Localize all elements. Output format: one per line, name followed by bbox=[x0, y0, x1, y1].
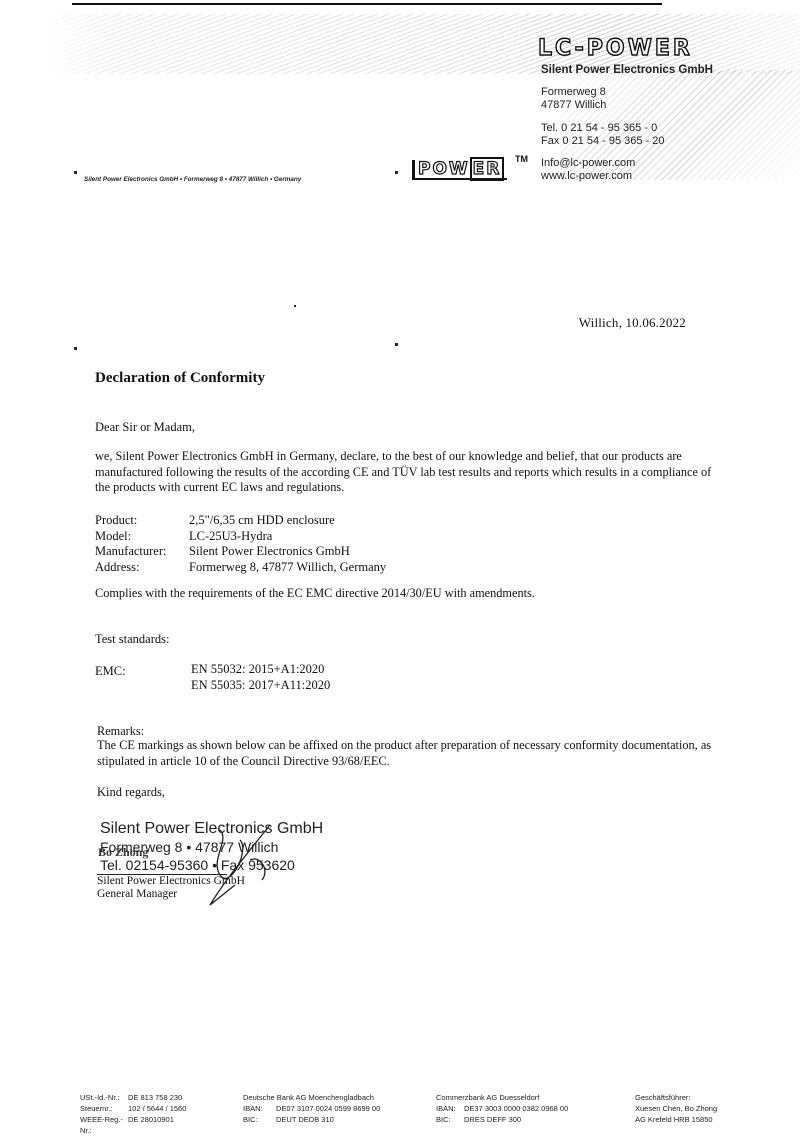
detail-value: Silent Power Electronics GmbH bbox=[189, 544, 350, 560]
footer-bank-1: Deutsche Bank AG Moenchengladbach IBAN:D… bbox=[243, 1092, 380, 1125]
detail-key: Address: bbox=[95, 560, 189, 576]
lc-power-logo: LC-POWER bbox=[538, 36, 693, 61]
footer-value: DEUT DEDB 310 bbox=[276, 1114, 334, 1125]
company-street: Formerweg 8 bbox=[541, 86, 606, 99]
footer-value: DE 28010901 bbox=[128, 1114, 174, 1136]
emc-standard: EN 55032: 2015+A1:2020 bbox=[191, 662, 330, 678]
scan-dot bbox=[74, 171, 77, 174]
bank-name: Deutsche Bank AG Moenchengladbach bbox=[243, 1092, 380, 1103]
footer-key: WEEE-Reg.-Nr.: bbox=[80, 1114, 128, 1136]
company-phone: Tel. 0 21 54 - 95 365 - 0 bbox=[541, 122, 657, 135]
detail-key: Manufacturer: bbox=[95, 544, 189, 560]
remarks-label: Remarks: bbox=[97, 724, 144, 739]
commercial-register: AG Krefeld HRB 15850 bbox=[635, 1114, 717, 1125]
footer-bank-2: Commerzbank AG Duesseldorf IBAN:DE37 300… bbox=[436, 1092, 568, 1125]
detail-row-product: Product: 2,5"/6,35 cm HDD enclosure bbox=[95, 513, 386, 529]
emc-standards: EN 55032: 2015+A1:2020 EN 55035: 2017+A1… bbox=[191, 662, 330, 693]
company-fax: Fax 0 21 54 - 95 365 - 20 bbox=[541, 135, 665, 148]
footer-value: DE 813 758 230 bbox=[128, 1092, 182, 1103]
footer-key: IBAN: bbox=[436, 1103, 464, 1114]
footer-value: 102 / 5644 / 1560 bbox=[128, 1103, 186, 1114]
footer-key: BIC: bbox=[243, 1114, 276, 1125]
signatory-name: Bo Zhong bbox=[98, 845, 148, 860]
company-website: www.lc-power.com bbox=[541, 170, 632, 183]
footer-key: BIC: bbox=[436, 1114, 464, 1125]
letter-date: Willich, 10.06.2022 bbox=[579, 315, 686, 331]
declaration-paragraph: we, Silent Power Electronics GmbH in Ger… bbox=[95, 449, 715, 496]
company-email: Info@lc-power.com bbox=[541, 157, 635, 170]
footer-row: BIC:DRES DEFF 300 bbox=[436, 1114, 568, 1125]
power-logo: POWER bbox=[412, 160, 507, 180]
compliance-statement: Complies with the requirements of the EC… bbox=[95, 586, 715, 602]
footer-row: Steuernr.:102 / 5644 / 1560 bbox=[80, 1103, 186, 1114]
footer-key: Steuernr.: bbox=[80, 1103, 128, 1114]
product-details: Product: 2,5"/6,35 cm HDD enclosure Mode… bbox=[95, 513, 386, 575]
sender-return-address: Silent Power Electronics GmbH • Formerwe… bbox=[84, 176, 301, 183]
bank-name: Commerzbank AG Duesseldorf bbox=[436, 1092, 568, 1103]
detail-row-address: Address: Formerweg 8, 47877 Willich, Ger… bbox=[95, 560, 386, 576]
detail-value: LC-25U3-Hydra bbox=[189, 529, 272, 545]
detail-row-manufacturer: Manufacturer: Silent Power Electronics G… bbox=[95, 544, 386, 560]
power-logo-boxed-text: ER bbox=[470, 157, 505, 181]
emc-standard: EN 55035: 2017+A11:2020 bbox=[191, 678, 330, 694]
footer-tax-info: USt.-Id.-Nr.:DE 813 758 230 Steuernr.:10… bbox=[80, 1092, 186, 1136]
scan-dot bbox=[395, 343, 398, 346]
footer-row: IBAN:DE07 3107 0024 0599 8699 00 bbox=[243, 1103, 380, 1114]
footer-row: IBAN:DE37 3003 0000 0382 0968 00 bbox=[436, 1103, 568, 1114]
company-city: 47877 Willich bbox=[541, 99, 606, 112]
footer-row: WEEE-Reg.-Nr.:DE 28010901 bbox=[80, 1114, 186, 1136]
management-label: Geschäftsführer: bbox=[635, 1092, 717, 1103]
footer-management: Geschäftsführer: Xuesen Chen, Bo Zhong A… bbox=[635, 1092, 717, 1125]
footer-row: BIC:DEUT DEDB 310 bbox=[243, 1114, 380, 1125]
footer-key: IBAN: bbox=[243, 1103, 276, 1114]
scan-dot bbox=[74, 347, 77, 350]
detail-key: Model: bbox=[95, 529, 189, 545]
management-names: Xuesen Chen, Bo Zhong bbox=[635, 1103, 717, 1114]
footer-value: DE07 3107 0024 0599 8699 00 bbox=[276, 1103, 380, 1114]
detail-value: 2,5"/6,35 cm HDD enclosure bbox=[189, 513, 335, 529]
remarks-text: The CE markings as shown below can be af… bbox=[97, 738, 717, 769]
detail-row-model: Model: LC-25U3-Hydra bbox=[95, 529, 386, 545]
company-name: Silent Power Electronics GmbH bbox=[541, 64, 713, 76]
footer-key: USt.-Id.-Nr.: bbox=[80, 1092, 128, 1103]
signatory-role: General Manager bbox=[97, 888, 177, 900]
footer-value: DRES DEFF 300 bbox=[464, 1114, 521, 1125]
test-standards-label: Test standards: bbox=[95, 632, 169, 647]
scan-dot bbox=[395, 171, 398, 174]
scan-dot bbox=[294, 305, 296, 307]
footer-value: DE37 3003 0000 0382 0968 00 bbox=[464, 1103, 568, 1114]
detail-key: Product: bbox=[95, 513, 189, 529]
trademark-mark: TM bbox=[515, 154, 528, 164]
power-logo-text: POW bbox=[418, 159, 470, 179]
closing: Kind regards, bbox=[97, 785, 165, 800]
detail-value: Formerweg 8, 47877 Willich, Germany bbox=[189, 560, 386, 576]
greeting: Dear Sir or Madam, bbox=[95, 420, 195, 435]
handwritten-signature bbox=[190, 820, 310, 910]
document-title: Declaration of Conformity bbox=[95, 370, 265, 387]
header-rule bbox=[72, 3, 662, 5]
emc-label: EMC: bbox=[95, 664, 126, 679]
footer-row: USt.-Id.-Nr.:DE 813 758 230 bbox=[80, 1092, 186, 1103]
